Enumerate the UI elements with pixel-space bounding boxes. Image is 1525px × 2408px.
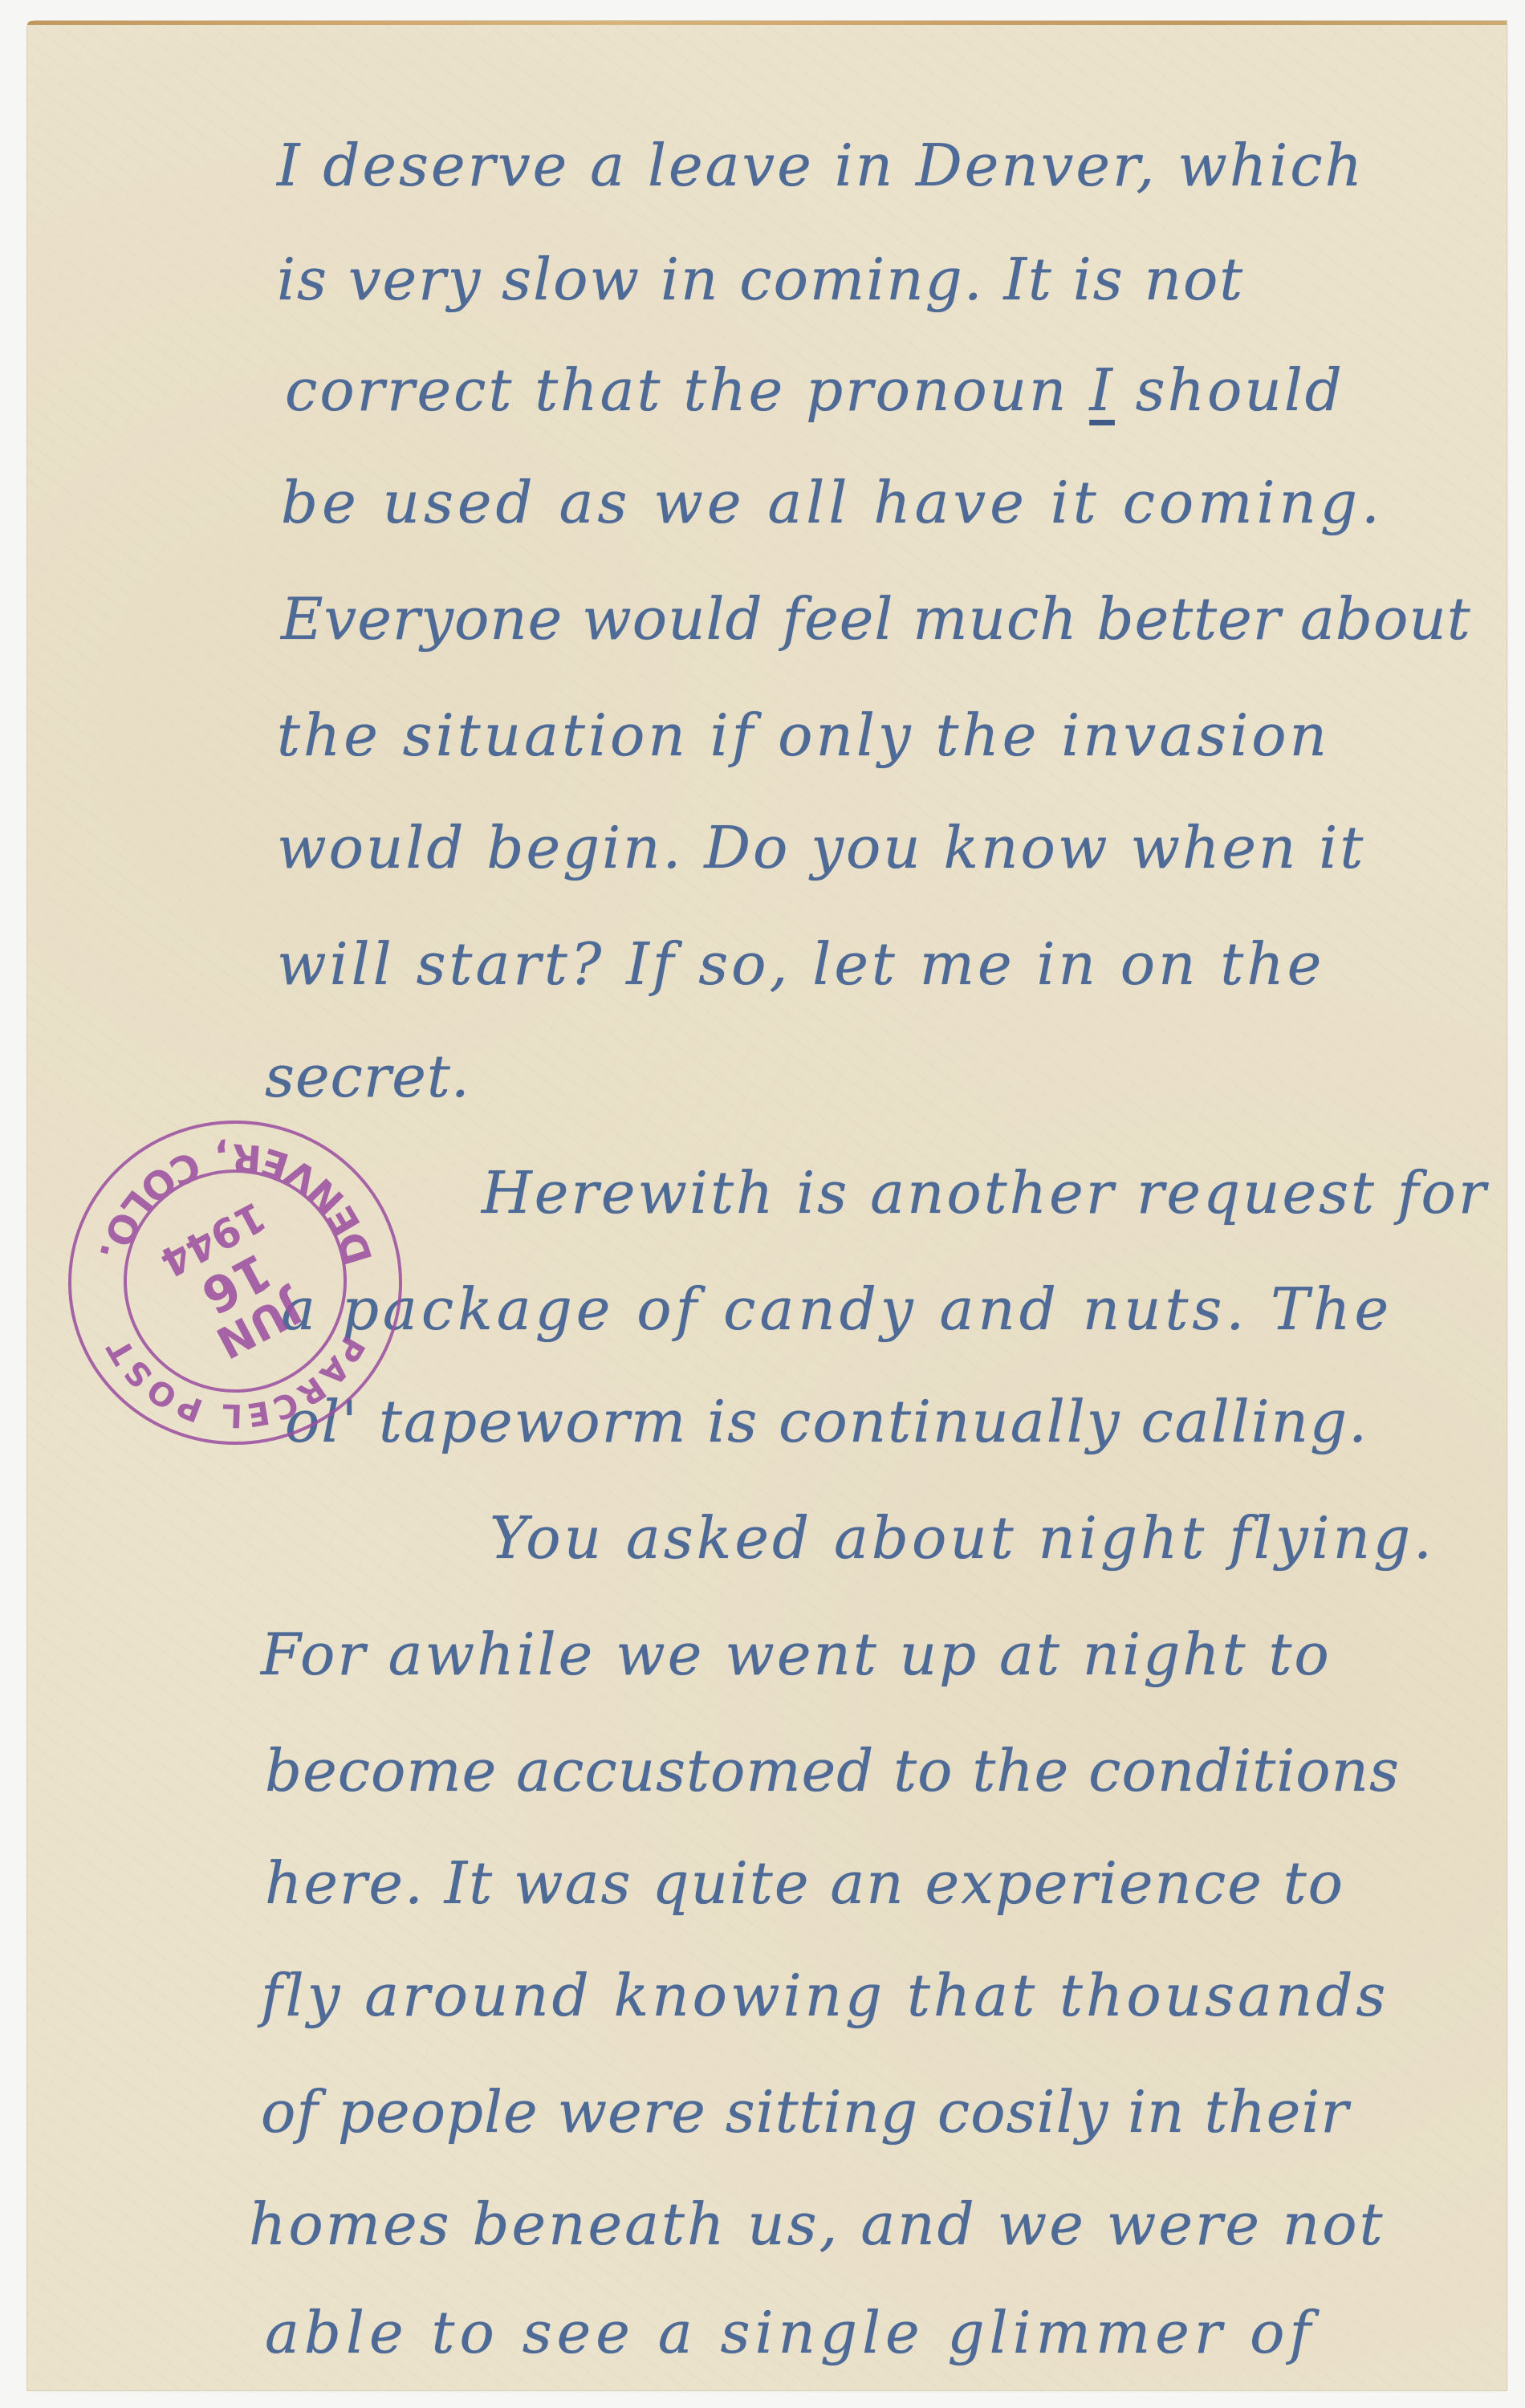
postmark-svg: PARCEL POST DENVER, COLO. JUN 16 1944 bbox=[64, 1112, 405, 1453]
letter-line-15: become accustomed to the conditions bbox=[265, 1742, 1400, 1800]
paper-top-edge bbox=[27, 21, 1507, 25]
letter-line-19: homes beneath us, and we were not bbox=[249, 2195, 1385, 2253]
letter-line-17: fly around knowing that thousands bbox=[261, 1967, 1389, 2024]
letter-line-7: would begin. Do you know when it bbox=[277, 819, 1365, 877]
postmark-date-group: JUN 16 1944 bbox=[152, 1193, 319, 1374]
scanned-letter: I deserve a leave in Denver, which is ve… bbox=[0, 0, 1525, 2408]
letter-line-20: able to see a single glimmer of bbox=[265, 2304, 1316, 2361]
letter-line-10: Herewith is another request for bbox=[482, 1164, 1488, 1222]
letter-line-13: You asked about night flying. bbox=[490, 1509, 1435, 1567]
letter-line-18: of people were sitting cosily in their bbox=[261, 2083, 1349, 2141]
letter-line-3: correct that the pronoun I should bbox=[285, 361, 1344, 419]
parcel-post-postmark: PARCEL POST DENVER, COLO. JUN 16 1944 bbox=[64, 1112, 405, 1453]
letter-line-2: is very slow in coming. It is not bbox=[277, 250, 1244, 308]
letter-line-1: I deserve a leave in Denver, which bbox=[277, 136, 1364, 194]
letter-line-4: be used as we all have it coming. bbox=[281, 474, 1384, 531]
letter-line-3-post: should bbox=[1115, 356, 1344, 424]
letter-line-3-pre: correct that the pronoun bbox=[285, 356, 1089, 424]
letter-line-6: the situation if only the invasion bbox=[277, 706, 1330, 764]
letter-line-5: Everyone would feel much better about bbox=[281, 590, 1471, 648]
letter-line-8: will start? If so, let me in on the bbox=[277, 935, 1324, 993]
letter-line-11: a package of candy and nuts. The bbox=[281, 1280, 1393, 1338]
underlined-pronoun: I bbox=[1089, 356, 1114, 424]
letter-line-9: secret. bbox=[265, 1047, 470, 1105]
letter-line-16: here. It was quite an experience to bbox=[265, 1854, 1344, 1912]
letter-line-12: ol' tapeworm is continually calling. bbox=[285, 1393, 1368, 1450]
letter-line-14: For awhile we went up at night to bbox=[261, 1625, 1332, 1683]
